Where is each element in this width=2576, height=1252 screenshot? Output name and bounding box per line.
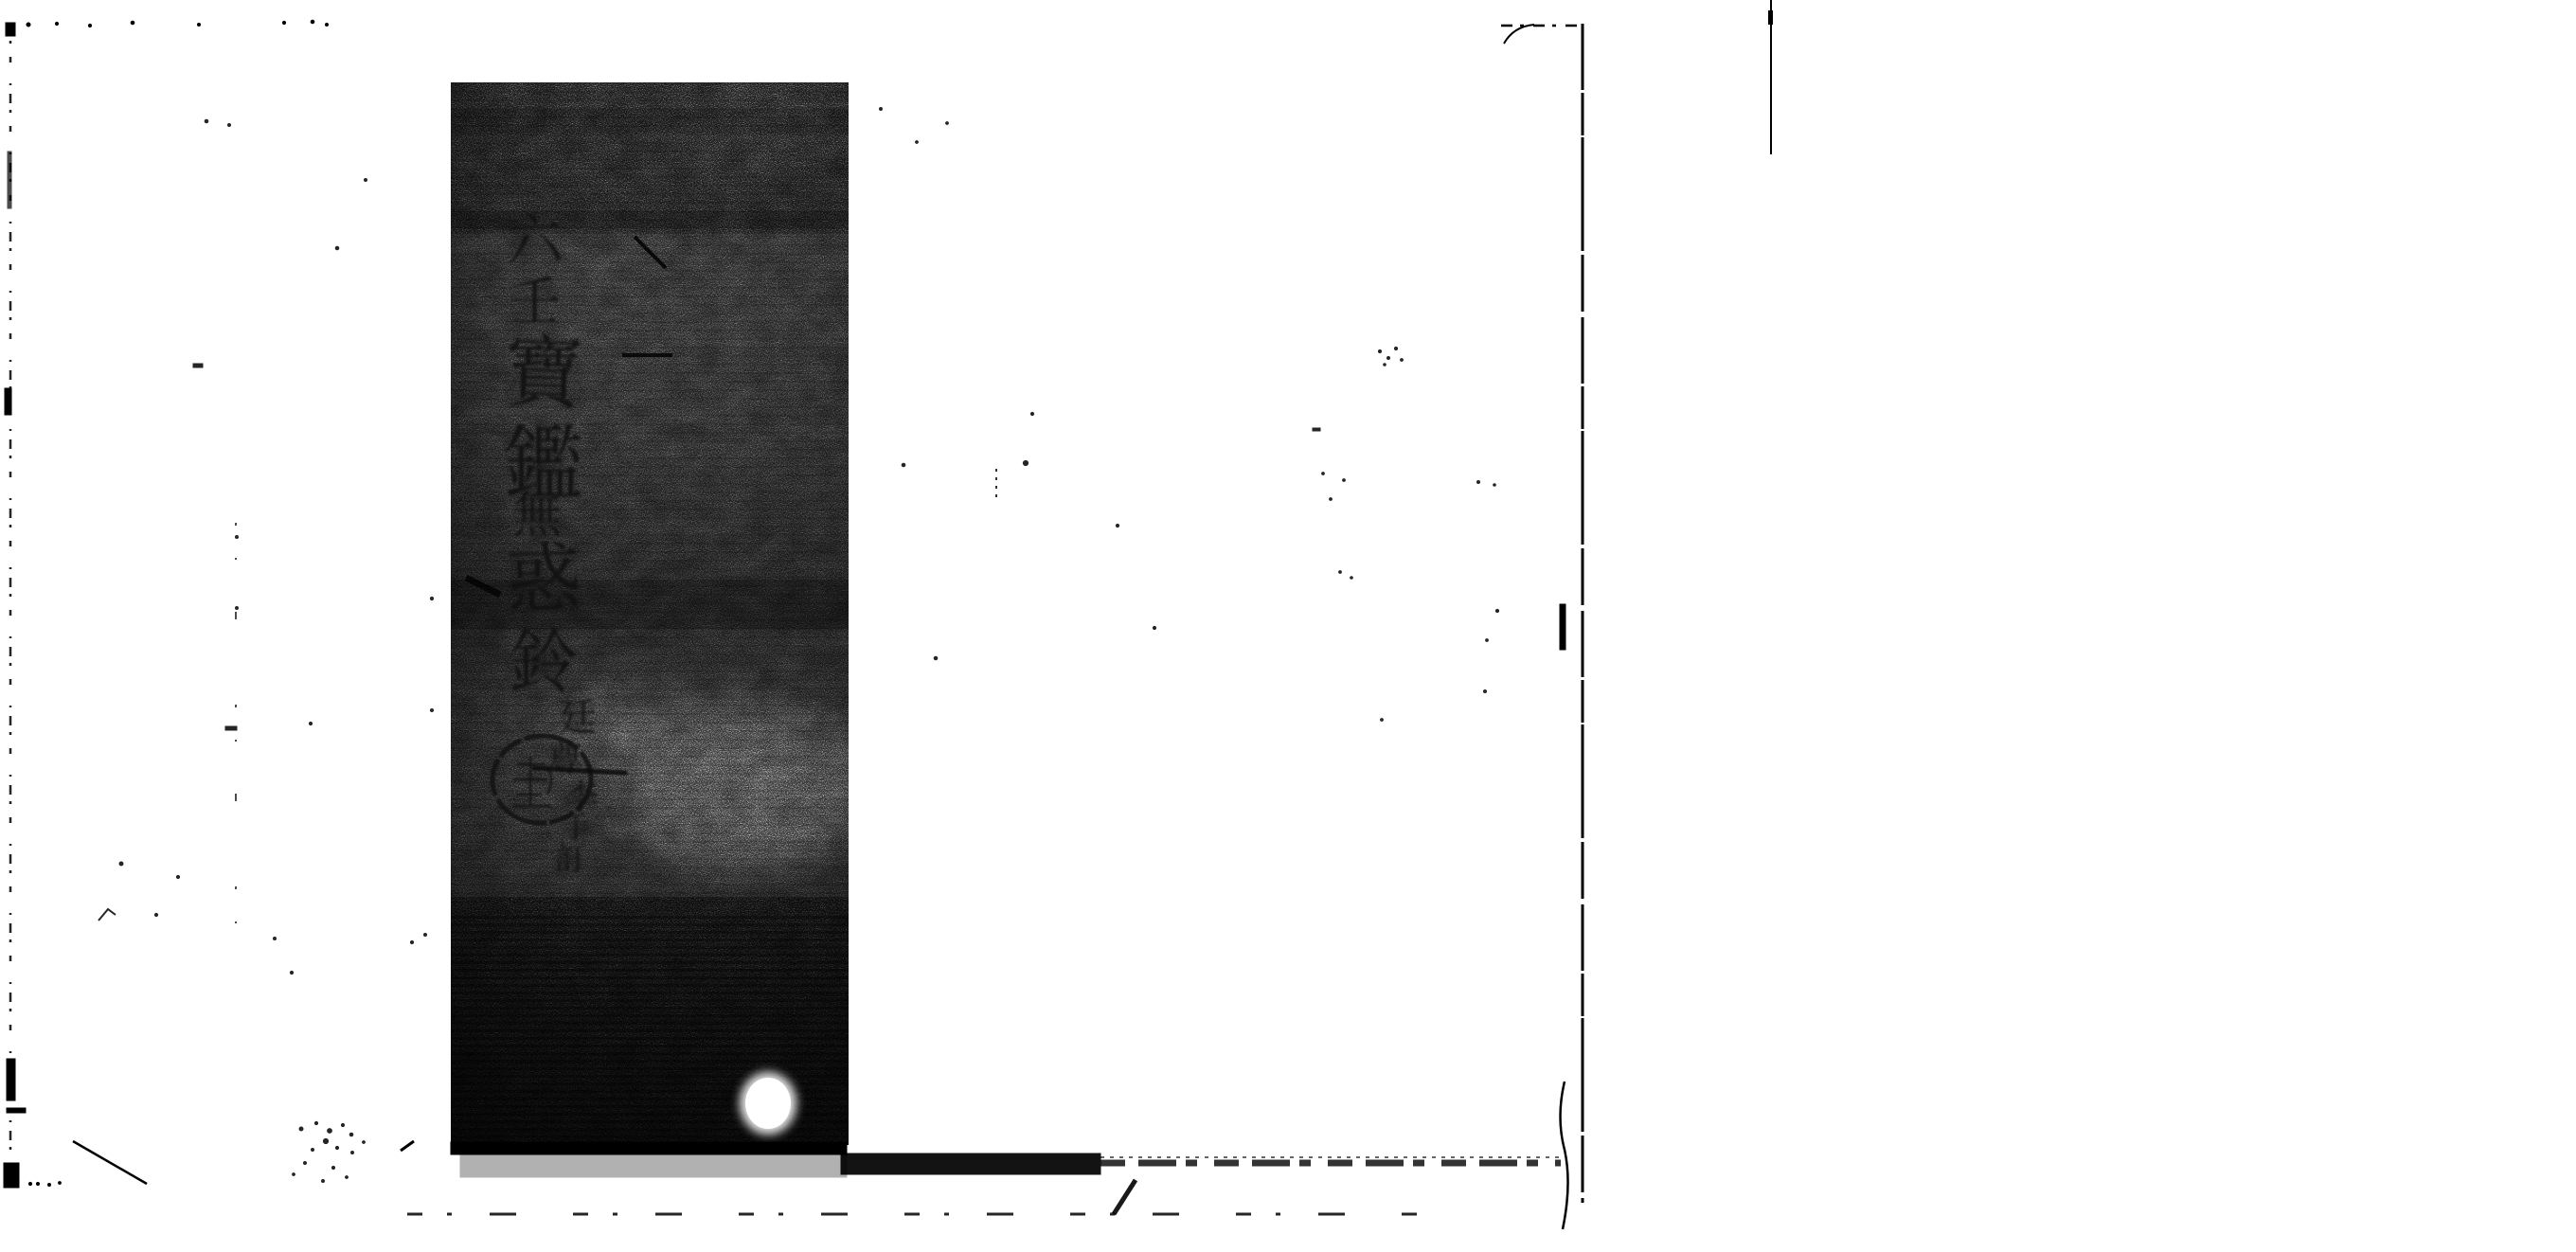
page-top-edge-dots bbox=[27, 20, 1583, 44]
fold-crease-dots bbox=[236, 469, 996, 975]
scanned-book-cover-page: 六 壬 寶 鑑 無 惑 鈴 廷 尊 李 手 訂 bbox=[0, 0, 2576, 1252]
page-edge-marks bbox=[0, 0, 2576, 1252]
page-right-edge-line bbox=[1560, 24, 1583, 1229]
page-left-edge-line bbox=[4, 23, 26, 1188]
stray-vertical-line bbox=[1768, 0, 1773, 154]
page-bottom-edge-band bbox=[28, 1141, 1561, 1214]
ink-specks bbox=[98, 108, 1499, 1183]
diagonal-scratch bbox=[73, 1141, 147, 1184]
